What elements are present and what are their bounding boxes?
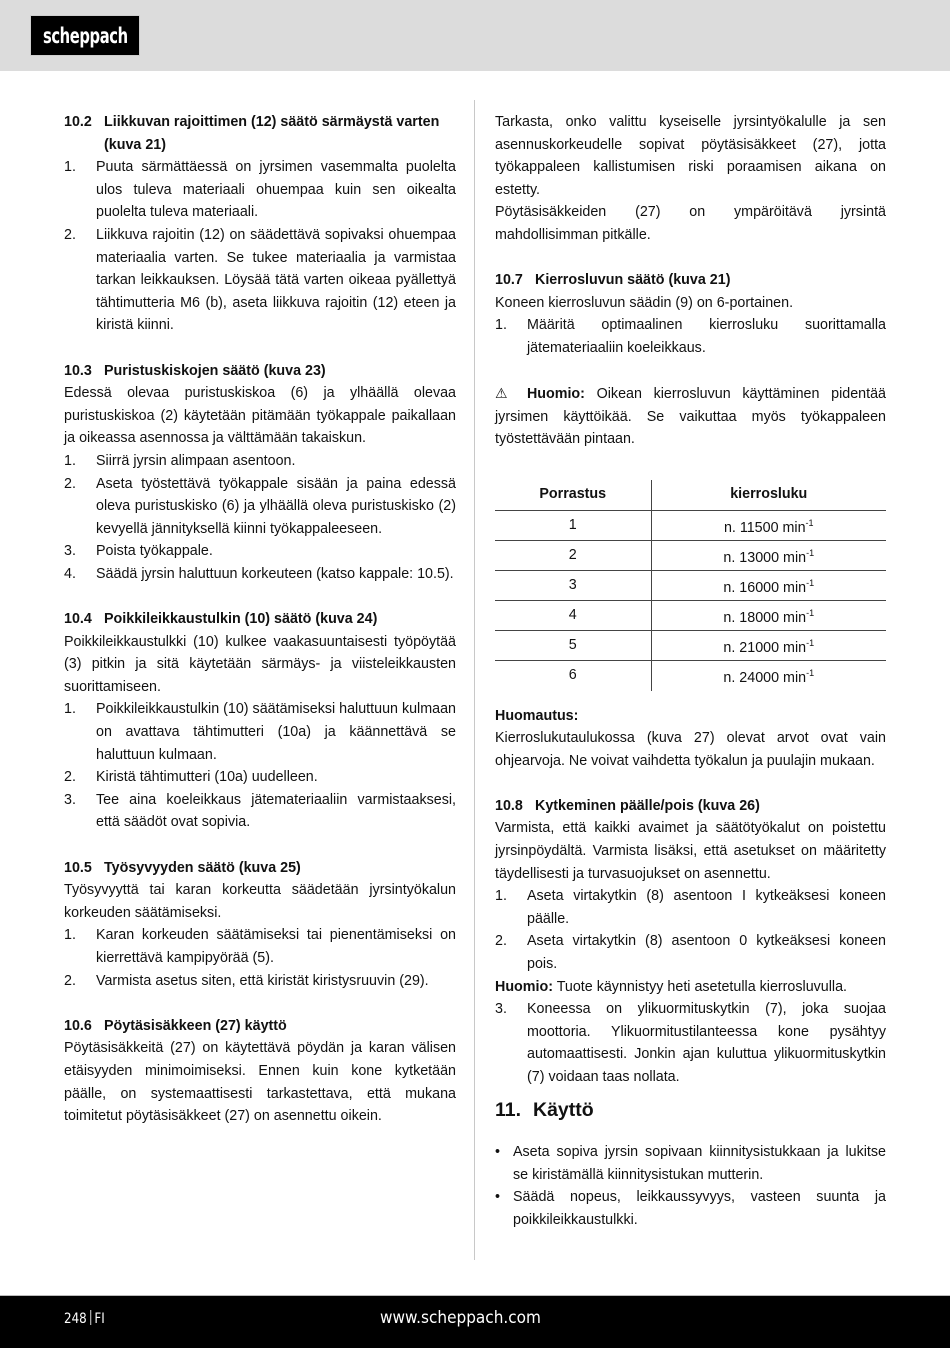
- step-cell: 6: [495, 661, 651, 691]
- speed-cell: n. 11500 min-1: [651, 511, 886, 541]
- section-10-2-steps: 1.Puuta särmättäessä on jyrsimen vasemma…: [64, 156, 456, 337]
- page-footer: 248FI www.scheppach.com: [0, 1295, 950, 1348]
- table-row: 3n. 16000 min-1: [495, 571, 886, 601]
- section-10-8-intro: Varmista, että kaikki avaimet ja säätöty…: [495, 817, 886, 885]
- section-11-bullets: •Aseta sopiva jyrsin sopivaan kiinnitysi…: [495, 1141, 886, 1231]
- list-item: 2.Liikkuva rajoitin (12) on säädettävä s…: [64, 224, 456, 337]
- section-10-7-steps: 1.Määritä optimaalinen kierrosluku suori…: [495, 314, 886, 359]
- table-insert-paragraph: Tarkasta, onko valittu kyseiselle jyrsin…: [495, 111, 886, 201]
- section-10-4-steps: 1.Poikkileikkaustulkin (10) säätämiseksi…: [64, 698, 456, 834]
- section-10-8-steps-b: 3.Koneessa on ylikuormituskytkin (7), jo…: [495, 998, 886, 1088]
- section-10-7-heading: 10.7 Kierrosluvun säätö (kuva 21): [495, 269, 886, 292]
- speed-cell: n. 24000 min-1: [651, 661, 886, 691]
- speed-cell: n. 16000 min-1: [651, 571, 886, 601]
- section-10-5-intro: Työsyvyyttä tai karan korkeutta säädetää…: [64, 879, 456, 924]
- section-10-3-intro: Edessä olevaa puristuskiskoa (6) ja ylhä…: [64, 382, 456, 450]
- list-item: 3.Tee aina koeleikkaus jätemateriaaliin …: [64, 789, 456, 834]
- list-item: 1.Aseta virtakytkin (8) asentoon I kytke…: [495, 885, 886, 930]
- table-header-speed: kierrosluku: [651, 480, 886, 511]
- logo-text: scheppach: [43, 24, 128, 48]
- section-10-6-intro: Pöytäsisäkkeitä (27) on käytettävä pöydä…: [64, 1037, 456, 1127]
- table-row: 1n. 11500 min-1: [495, 511, 886, 541]
- table-insert-paragraph-2: Pöytäsisäkkeiden (27) on ympäröitävä jyr…: [495, 201, 886, 246]
- section-10-2-heading: 10.2 Liikkuvan rajoittimen (12) säätö sä…: [64, 111, 456, 156]
- speed-cell: n. 21000 min-1: [651, 631, 886, 661]
- list-item: •Säädä nopeus, leikkaussyvyys, vasteen s…: [495, 1186, 886, 1231]
- section-10-4-intro: Poikkileikkaustulkki (10) kulkee vaakasu…: [64, 631, 456, 699]
- list-item: 1.Poikkileikkaustulkin (10) säätämiseksi…: [64, 698, 456, 766]
- table-row: 5n. 21000 min-1: [495, 631, 886, 661]
- list-item: 3.Poista työkappale.: [64, 540, 456, 563]
- huomio-note: Huomio: Tuote käynnistyy heti asetetulla…: [495, 976, 886, 999]
- section-10-8-steps: 1.Aseta virtakytkin (8) asentoon I kytke…: [495, 885, 886, 975]
- step-cell: 2: [495, 541, 651, 571]
- list-item: 1.Siirrä jyrsin alimpaan asentoon.: [64, 450, 456, 473]
- section-10-6-heading: 10.6 Pöytäsisäkkeen (27) käyttö: [64, 1015, 456, 1038]
- section-10-4-heading: 10.4 Poikkileikkaustulkin (10) säätö (ku…: [64, 608, 456, 631]
- list-item: 1.Määritä optimaalinen kierrosluku suori…: [495, 314, 886, 359]
- section-10-8-heading: 10.8 Kytkeminen päälle/pois (kuva 26): [495, 795, 886, 818]
- list-item: 3.Koneessa on ylikuormituskytkin (7), jo…: [495, 998, 886, 1088]
- warning-label: Huomio:: [527, 386, 585, 402]
- right-column: Tarkasta, onko valittu kyseiselle jyrsin…: [495, 111, 886, 1232]
- section-10-5-heading: 10.5 Työsyvyyden säätö (kuva 25): [64, 857, 456, 880]
- table-row: 2n. 13000 min-1: [495, 541, 886, 571]
- warning-note: ⚠ Huomio: Oikean kierrosluvun käyttämine…: [495, 382, 886, 451]
- note-label: Huomautus:: [495, 705, 886, 728]
- section-10-5-steps: 1.Karan korkeuden säätämiseksi tai piene…: [64, 924, 456, 992]
- huomio-label: Huomio:: [495, 979, 553, 995]
- section-10-7-intro: Koneen kierrosluvun säädin (9) on 6-port…: [495, 292, 886, 315]
- list-item: 2.Varmista asetus siten, että kiristät k…: [64, 970, 456, 993]
- speed-table: Porrastus kierrosluku 1n. 11500 min-12n.…: [495, 480, 886, 691]
- list-item: 4.Säädä jyrsin haluttuun korkeuteen (kat…: [64, 563, 456, 586]
- speed-cell: n. 18000 min-1: [651, 601, 886, 631]
- step-cell: 3: [495, 571, 651, 601]
- list-item: 2.Kiristä tähtimutteri (10a) uudelleen.: [64, 766, 456, 789]
- page-header: scheppach: [0, 0, 950, 71]
- scheppach-logo: scheppach: [30, 15, 140, 56]
- left-column: 10.2 Liikkuvan rajoittimen (12) säätö sä…: [64, 111, 456, 1128]
- table-row: 4n. 18000 min-1: [495, 601, 886, 631]
- speed-cell: n. 13000 min-1: [651, 541, 886, 571]
- list-item: 2.Aseta virtakytkin (8) asentoon 0 kytke…: [495, 930, 886, 975]
- website-url: www.scheppach.com: [380, 1308, 541, 1328]
- step-cell: 5: [495, 631, 651, 661]
- table-header-step: Porrastus: [495, 480, 651, 511]
- huomio-text: Tuote käynnistyy heti asetetulla kierros…: [557, 979, 847, 995]
- table-row: 6n. 24000 min-1: [495, 661, 886, 691]
- column-divider: [474, 100, 475, 1260]
- list-item: 2.Aseta työstettävä työkappale sisään ja…: [64, 473, 456, 541]
- warning-triangle-icon: ⚠: [495, 385, 515, 401]
- section-11-heading: 11. Käyttö: [495, 1099, 886, 1122]
- list-item: 1.Puuta särmättäessä on jyrsimen vasemma…: [64, 156, 456, 224]
- page-number: 248FI: [64, 1310, 105, 1327]
- step-cell: 1: [495, 511, 651, 541]
- list-item: 1.Karan korkeuden säätämiseksi tai piene…: [64, 924, 456, 969]
- section-10-3-heading: 10.3 Puristuskiskojen säätö (kuva 23): [64, 360, 456, 383]
- step-cell: 4: [495, 601, 651, 631]
- list-item: •Aseta sopiva jyrsin sopivaan kiinnitysi…: [495, 1141, 886, 1186]
- note-text: Kierroslukutaulukossa (kuva 27) olevat a…: [495, 727, 886, 772]
- section-10-3-steps: 1.Siirrä jyrsin alimpaan asentoon. 2.Ase…: [64, 450, 456, 586]
